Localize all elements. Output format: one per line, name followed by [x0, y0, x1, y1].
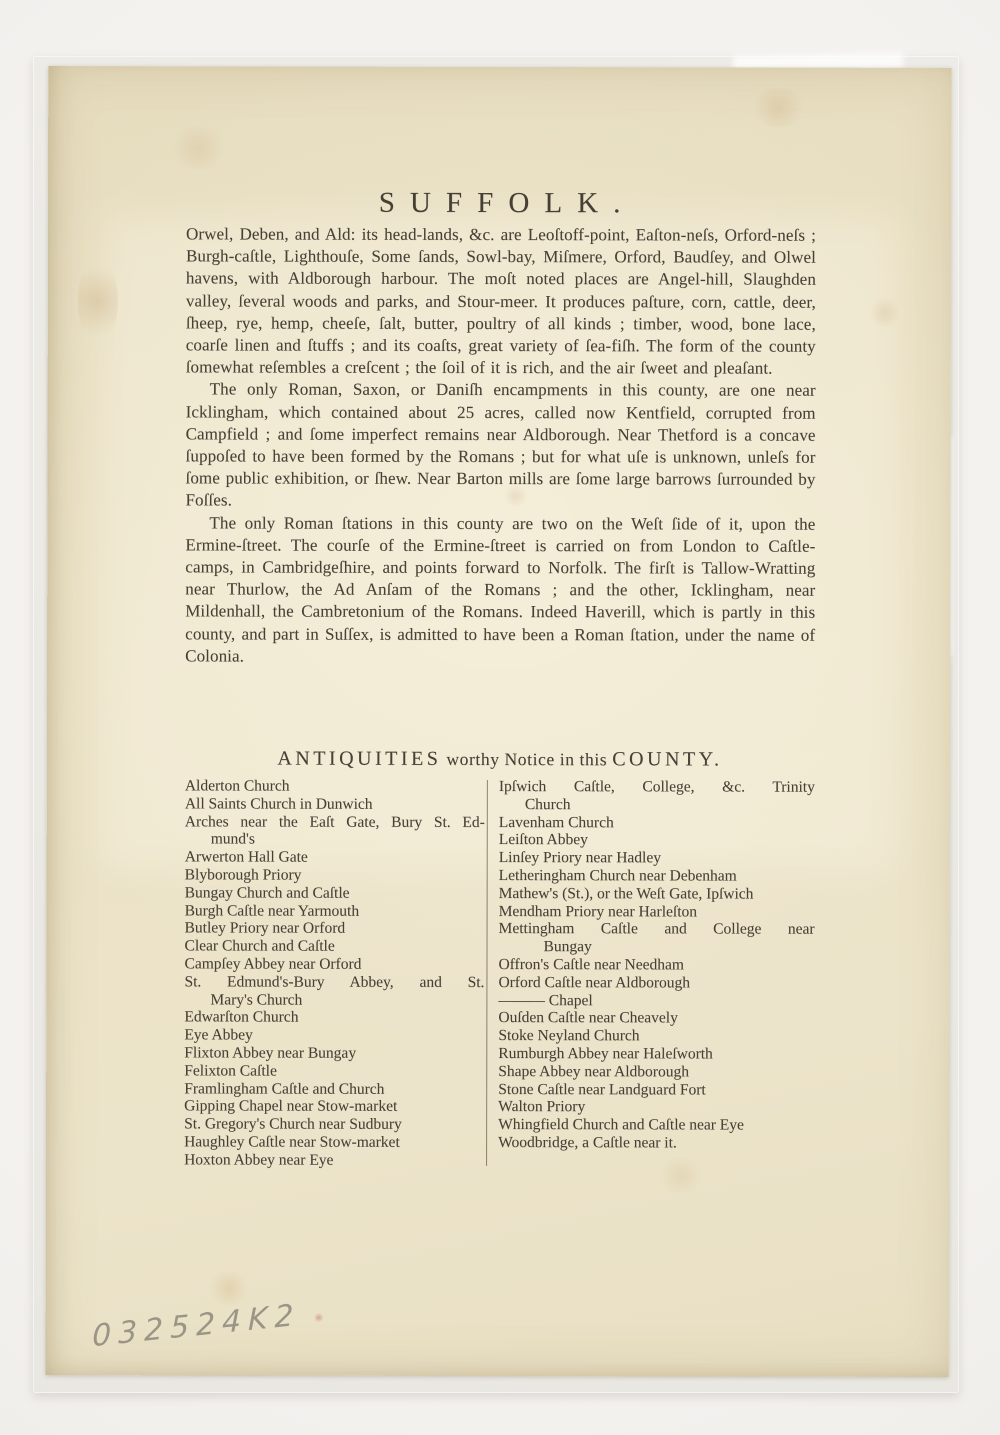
list-item: Felixton Caſtle — [184, 1062, 484, 1080]
foxing-spot — [314, 1313, 324, 1323]
list-item: Orford Caſtle near Aldborough — [498, 974, 814, 992]
antiquities-column-left: Alderton ChurchAll Saints Church in Dunw… — [184, 777, 485, 1169]
list-item: Arches near the Eaſt Gate, Bury St. Ed- — [185, 813, 485, 831]
list-item: Edwarſton Church — [184, 1009, 484, 1027]
foxing-spot — [168, 126, 228, 170]
list-item: Linſey Priory near Hadley — [499, 849, 815, 867]
list-item: Offron's Caſtle near Needham — [498, 956, 814, 974]
list-item: St. Gregory's Church near Sudbury — [184, 1115, 484, 1133]
paragraph: Orwel, Deben, and Ald: its head-lands, &… — [186, 223, 816, 380]
list-item: Mathew's (St.), or the Weſt Gate, Ipſwic… — [499, 885, 815, 903]
list-item: Bungay — [499, 938, 815, 956]
list-item: Mettingham Caſtle and College near — [499, 920, 815, 938]
list-item: ——— Chapel — [498, 992, 814, 1010]
list-item: Stone Caſtle near Landguard Fort — [498, 1081, 814, 1099]
antiquities-columns: Alderton ChurchAll Saints Church in Dunw… — [184, 777, 815, 1170]
antiquities-section: ANTIQUITIESworthy Notice in thisCOUNTY. … — [184, 747, 815, 1170]
list-item: Arwerton Hall Gate — [185, 849, 485, 867]
list-item: Rumburgh Abbey near Haleſworth — [498, 1045, 814, 1063]
list-item: Haughley Caſtle near Stow-market — [184, 1133, 484, 1151]
document-page: SUFFOLK. Orwel, Deben, and Ald: its head… — [46, 66, 952, 1377]
antiquities-heading-lead: ANTIQUITIES — [277, 748, 441, 770]
photo-background: SUFFOLK. Orwel, Deben, and Ald: its head… — [0, 0, 1000, 1435]
foxing-spot — [748, 88, 808, 128]
antiquities-heading-tail: COUNTY. — [612, 748, 722, 770]
list-item: Woodbridge, a Caſtle near it. — [498, 1134, 814, 1152]
list-item: Lavenham Church — [499, 814, 815, 832]
paragraph: The only Roman ſtations in this county a… — [185, 512, 815, 669]
list-item: Campſey Abbey near Orford — [184, 955, 484, 973]
page-title: SUFFOLK. — [48, 186, 951, 221]
list-item: Eye Abbey — [184, 1026, 484, 1044]
list-item: Ouſden Caſtle near Cheavely — [498, 1009, 814, 1027]
list-item: Clear Church and Caſtle — [185, 938, 485, 956]
list-item: Mendham Priory near Harleſton — [499, 903, 815, 921]
list-item: Butley Priory near Orford — [185, 920, 485, 938]
list-item: Shape Abbey near Aldborough — [498, 1063, 814, 1081]
list-item: Mary's Church — [184, 991, 484, 1009]
foxing-spot — [206, 1271, 252, 1305]
list-item: Ipſwich Caſtle, College, &c. Trinity — [499, 778, 815, 796]
list-item: mund's — [185, 831, 485, 849]
list-item: Framlingham Caſtle and Church — [184, 1080, 484, 1098]
list-item: Walton Priory — [498, 1098, 814, 1116]
list-item: Church — [499, 796, 815, 814]
list-item: St. Edmund's-Bury Abbey, and St. — [184, 973, 484, 991]
antiquities-heading: ANTIQUITIESworthy Notice in thisCOUNTY. — [185, 747, 815, 771]
list-item: Whingfield Church and Caſtle near Eye — [498, 1116, 814, 1134]
handwritten-number: 032524K2 — [92, 1298, 300, 1355]
list-item: Stoke Neyland Church — [498, 1027, 814, 1045]
antiquities-column-right: Ipſwich Caſtle, College, &c. TrinityChur… — [487, 778, 815, 1170]
body-text: Orwel, Deben, and Ald: its head-lands, &… — [185, 223, 816, 668]
list-item: Blyborough Priory — [185, 866, 485, 884]
list-item: Leiſton Abbey — [499, 831, 815, 849]
list-item: Letheringham Church near Debenham — [499, 867, 815, 885]
list-item: Alderton Church — [185, 777, 485, 795]
list-item: Gipping Chapel near Stow-market — [184, 1098, 484, 1116]
list-item: Hoxton Abbey near Eye — [184, 1151, 484, 1169]
list-item: Burgh Caſtle near Yarmouth — [185, 902, 485, 920]
list-item: All Saints Church in Dunwich — [185, 795, 485, 813]
antiquities-heading-middle: worthy Notice in this — [441, 749, 612, 769]
list-item: Flixton Abbey near Bungay — [184, 1044, 484, 1062]
list-item: Bungay Church and Caſtle — [185, 884, 485, 902]
paragraph: The only Roman, Saxon, or Daniſh encampm… — [185, 379, 815, 514]
